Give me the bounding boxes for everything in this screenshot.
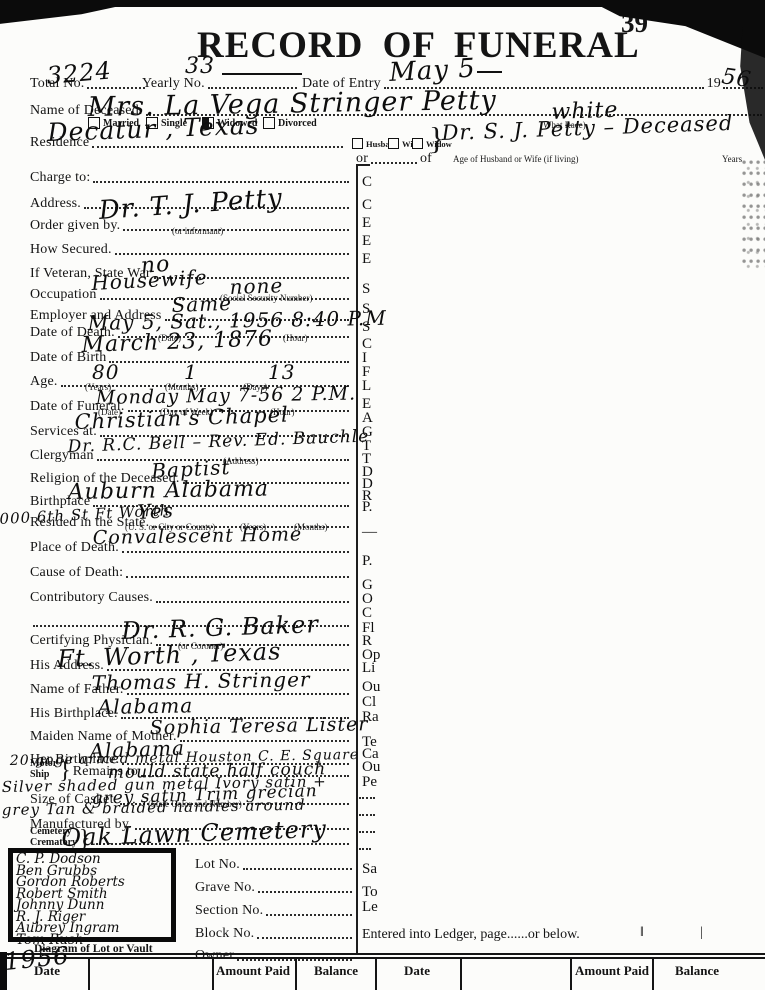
cutoff-field-letter: P. bbox=[362, 553, 372, 570]
form-note: (or informant) bbox=[172, 226, 223, 236]
table-column-divider bbox=[652, 958, 654, 990]
ledger-tick-mark: ‖ bbox=[640, 925, 644, 941]
form-row: How Secured. bbox=[30, 238, 352, 258]
dotted-leader bbox=[122, 551, 349, 553]
table-header-date: Date bbox=[404, 963, 430, 979]
form-row: Block No. bbox=[195, 922, 355, 942]
handwritten-stroke bbox=[222, 73, 302, 75]
handwritten-stroke bbox=[477, 71, 502, 73]
form-row-label: Cause of Death: bbox=[30, 565, 123, 581]
table-column-divider bbox=[570, 958, 572, 990]
table-header-amount-paid: Amount Paid bbox=[575, 963, 649, 979]
form-note: Age of Husband or Wife (if living) bbox=[453, 154, 578, 164]
handwritten-entry: 80 bbox=[92, 360, 119, 384]
table-column-divider bbox=[460, 958, 462, 990]
handwritten-entry: 3224 bbox=[46, 56, 113, 90]
handwritten-entry: Convalescent Home bbox=[93, 523, 303, 549]
cutoff-field-letter: E bbox=[362, 251, 371, 268]
handwritten-entry: none bbox=[229, 273, 283, 299]
pallbearer-names: C. P. DodsonBen GrubbsGordon RobertsRobe… bbox=[16, 854, 125, 946]
dotted-leader bbox=[266, 914, 352, 916]
dotted-leader bbox=[126, 576, 349, 578]
form-row: Contributory Causes. bbox=[30, 586, 352, 606]
cutoff-field-letter: E bbox=[362, 215, 371, 232]
form-row-label: Address. bbox=[30, 196, 81, 212]
form-row-label: Occupation bbox=[30, 287, 97, 303]
handwritten-entry: Alabama bbox=[98, 693, 194, 719]
column-divider-line bbox=[356, 164, 358, 954]
cutoff-dotted-fragment bbox=[359, 831, 375, 833]
form-row: Grave No. bbox=[195, 876, 355, 896]
form-row-label: Lot No. bbox=[195, 857, 240, 873]
table-column-divider bbox=[295, 958, 297, 990]
cutoff-dotted-fragment bbox=[359, 848, 371, 850]
lot-diagram-box: C. P. DodsonBen GrubbsGordon RobertsRobe… bbox=[8, 848, 176, 942]
dotted-leader bbox=[180, 740, 349, 742]
cutoff-field-letter: — bbox=[362, 524, 377, 541]
form-note: (Hour) bbox=[283, 333, 308, 343]
dotted-leader bbox=[92, 146, 343, 148]
form-row-label: How Secured. bbox=[30, 242, 112, 258]
cutoff-dotted-fragment bbox=[359, 814, 375, 816]
table-column-divider bbox=[212, 958, 214, 990]
dotted-leader bbox=[87, 87, 145, 89]
table-header-amount-paid: Amount Paid bbox=[216, 963, 290, 979]
cutoff-field-letter: S bbox=[362, 281, 370, 298]
form-row-label: Grave No. bbox=[195, 880, 255, 896]
cutoff-field-letter: P. bbox=[362, 499, 372, 516]
cutoff-field-letter: Li bbox=[362, 660, 375, 677]
ledger-note: Entered into Ledger, page......or below. bbox=[362, 927, 580, 943]
cutoff-field-letter: L bbox=[362, 378, 371, 395]
form-row-label: Block No. bbox=[195, 926, 254, 942]
form-row: Cause of Death: bbox=[30, 561, 352, 581]
handwritten-entry: 33 bbox=[185, 54, 215, 79]
cutoff-field-letter: Sa bbox=[362, 861, 377, 878]
handwritten-entry: 13 bbox=[268, 360, 295, 384]
ledger-tick-mark: | bbox=[700, 925, 703, 941]
form-row-label: Charge to: bbox=[30, 170, 90, 186]
dotted-leader bbox=[371, 162, 417, 164]
dotted-leader bbox=[257, 937, 352, 939]
handwritten-entry: 1956 bbox=[3, 941, 71, 976]
form-row-label: Contributory Causes. bbox=[30, 590, 153, 606]
table-header-balance: Balance bbox=[675, 963, 719, 979]
form-row: Charge to: bbox=[30, 166, 352, 186]
form-note: Years bbox=[722, 154, 742, 164]
handwritten-entry: 1 bbox=[184, 360, 198, 384]
checkbox-empty bbox=[388, 138, 399, 149]
form-row-label: or bbox=[356, 151, 368, 167]
scan-artifact-top-left bbox=[0, 0, 148, 26]
scan-artifact-bottom-left bbox=[0, 952, 7, 990]
form-row: orof bbox=[356, 147, 432, 167]
form-row-label: Age. bbox=[30, 374, 58, 390]
table-top-border bbox=[0, 957, 765, 959]
form-row-tail-label: 19 bbox=[707, 76, 721, 92]
form-row-label: Section No. bbox=[195, 903, 263, 919]
form-row: Lot No. bbox=[195, 853, 355, 873]
checkbox-empty bbox=[352, 138, 363, 149]
handwritten-entry: Thomas H. Stringer bbox=[92, 667, 311, 695]
cutoff-field-letter: Le bbox=[362, 899, 378, 916]
dotted-leader bbox=[123, 229, 349, 231]
table-column-divider bbox=[375, 958, 377, 990]
cutoff-field-letter: Pe bbox=[362, 774, 377, 791]
dotted-leader bbox=[109, 361, 349, 363]
checkbox-empty bbox=[412, 138, 423, 149]
form-row: Section No. bbox=[195, 899, 355, 919]
table-top-border bbox=[0, 953, 765, 955]
dotted-leader bbox=[93, 181, 349, 183]
cutoff-field-letter: C bbox=[362, 197, 372, 214]
cutoff-field-letter: E bbox=[362, 233, 371, 250]
table-header-balance: Balance bbox=[314, 963, 358, 979]
cutoff-dotted-fragment bbox=[359, 797, 375, 799]
table-column-divider bbox=[88, 958, 90, 990]
dotted-leader bbox=[258, 891, 352, 893]
scan-artifact-speckles bbox=[742, 160, 765, 270]
dotted-leader bbox=[156, 601, 349, 603]
scanned-funeral-record: RECORD OF FUNERAL 39 Total No.Yearly No.… bbox=[0, 0, 765, 990]
handwritten-entry: May 5 bbox=[388, 54, 476, 88]
form-row-label: Owner bbox=[195, 948, 234, 964]
cutoff-field-letter: C bbox=[362, 174, 372, 191]
dotted-leader bbox=[243, 868, 352, 870]
